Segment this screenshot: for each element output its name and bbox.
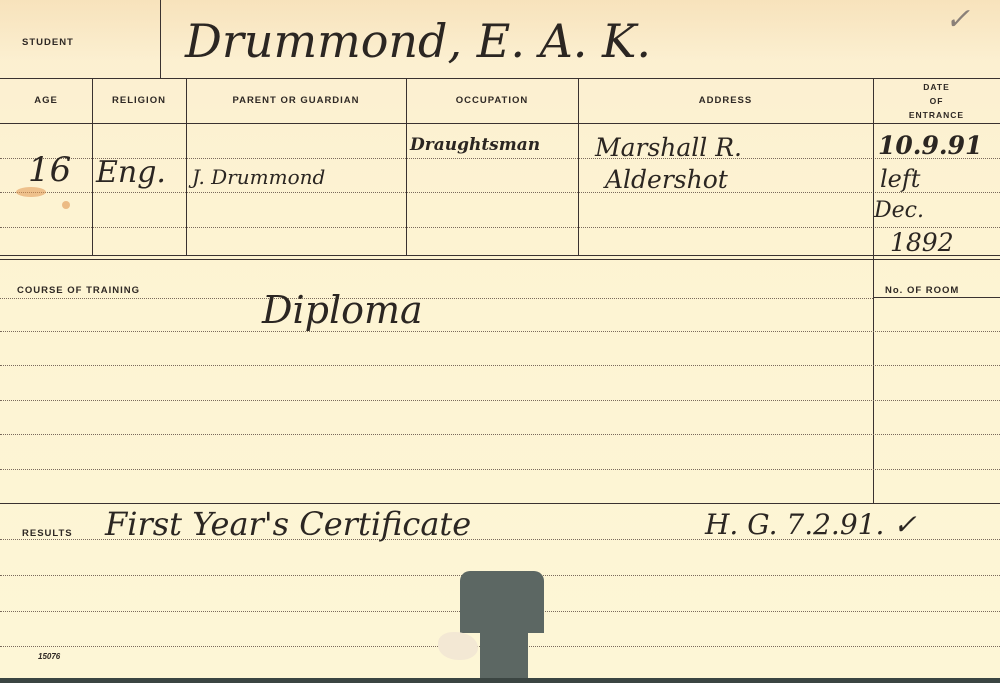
entry-date-line4: 1892 bbox=[890, 228, 954, 257]
label-course: COURSE OF TRAINING bbox=[17, 285, 140, 296]
label-results: RESULTS bbox=[22, 528, 73, 539]
rule-double-b bbox=[0, 259, 1000, 260]
header-parent: PARENT OR GUARDIAN bbox=[186, 78, 406, 123]
dotted-rule bbox=[0, 192, 1000, 193]
entry-age: 16 bbox=[28, 150, 71, 190]
form-number: 15076 bbox=[38, 652, 60, 661]
label-student: STUDENT bbox=[22, 37, 74, 48]
check-mark: ✓ bbox=[945, 2, 970, 37]
header-date-line3: ENTRANCE bbox=[909, 108, 964, 122]
rule-header bbox=[0, 123, 1000, 124]
dotted-rule bbox=[0, 227, 1000, 228]
dotted-rule bbox=[0, 400, 1000, 401]
entry-address-line1: Marshall R. bbox=[595, 133, 742, 162]
header-date-line1: DATE bbox=[923, 80, 950, 94]
entry-course: Diploma bbox=[262, 288, 423, 332]
ink-stain bbox=[62, 201, 70, 209]
dotted-rule bbox=[0, 434, 1000, 435]
entry-date-line1: 10.9.91 bbox=[878, 131, 982, 160]
col-divider bbox=[873, 78, 874, 503]
entry-religion: Eng. bbox=[96, 155, 166, 190]
student-name: Drummond, E. A. K. bbox=[185, 14, 651, 68]
header-date-line2: OF bbox=[930, 94, 944, 108]
header-address: ADDRESS bbox=[578, 78, 873, 123]
filing-notch-stem bbox=[480, 630, 528, 683]
entry-results-date: H. G. 7.2.91. ✓ bbox=[705, 508, 917, 541]
entry-results: First Year's Certificate bbox=[105, 505, 471, 543]
rule-double-a bbox=[0, 255, 1000, 256]
filing-notch bbox=[460, 571, 544, 633]
dotted-rule bbox=[0, 365, 1000, 366]
dotted-rule bbox=[0, 331, 1000, 332]
entry-date-line2: left bbox=[880, 165, 920, 193]
dotted-rule bbox=[0, 469, 1000, 470]
label-room: No. OF ROOM bbox=[885, 285, 959, 296]
entry-occupation: Draughtsman bbox=[410, 135, 540, 155]
entry-parent: J. Drummond bbox=[192, 165, 325, 189]
room-underline bbox=[873, 297, 1000, 298]
header-religion: RELIGION bbox=[92, 78, 186, 123]
header-age: AGE bbox=[0, 78, 92, 123]
header-occupation: OCCUPATION bbox=[406, 78, 578, 123]
entry-date-line3: Dec. bbox=[874, 198, 924, 223]
rule-results bbox=[0, 503, 1000, 504]
header-date-of-entrance: DATE OF ENTRANCE bbox=[873, 78, 1000, 123]
entry-address-line2: Aldershot bbox=[605, 165, 728, 194]
student-divider bbox=[160, 0, 161, 78]
ink-stain bbox=[16, 187, 46, 197]
card-bottom-edge bbox=[0, 678, 1000, 683]
dotted-rule bbox=[0, 298, 873, 299]
